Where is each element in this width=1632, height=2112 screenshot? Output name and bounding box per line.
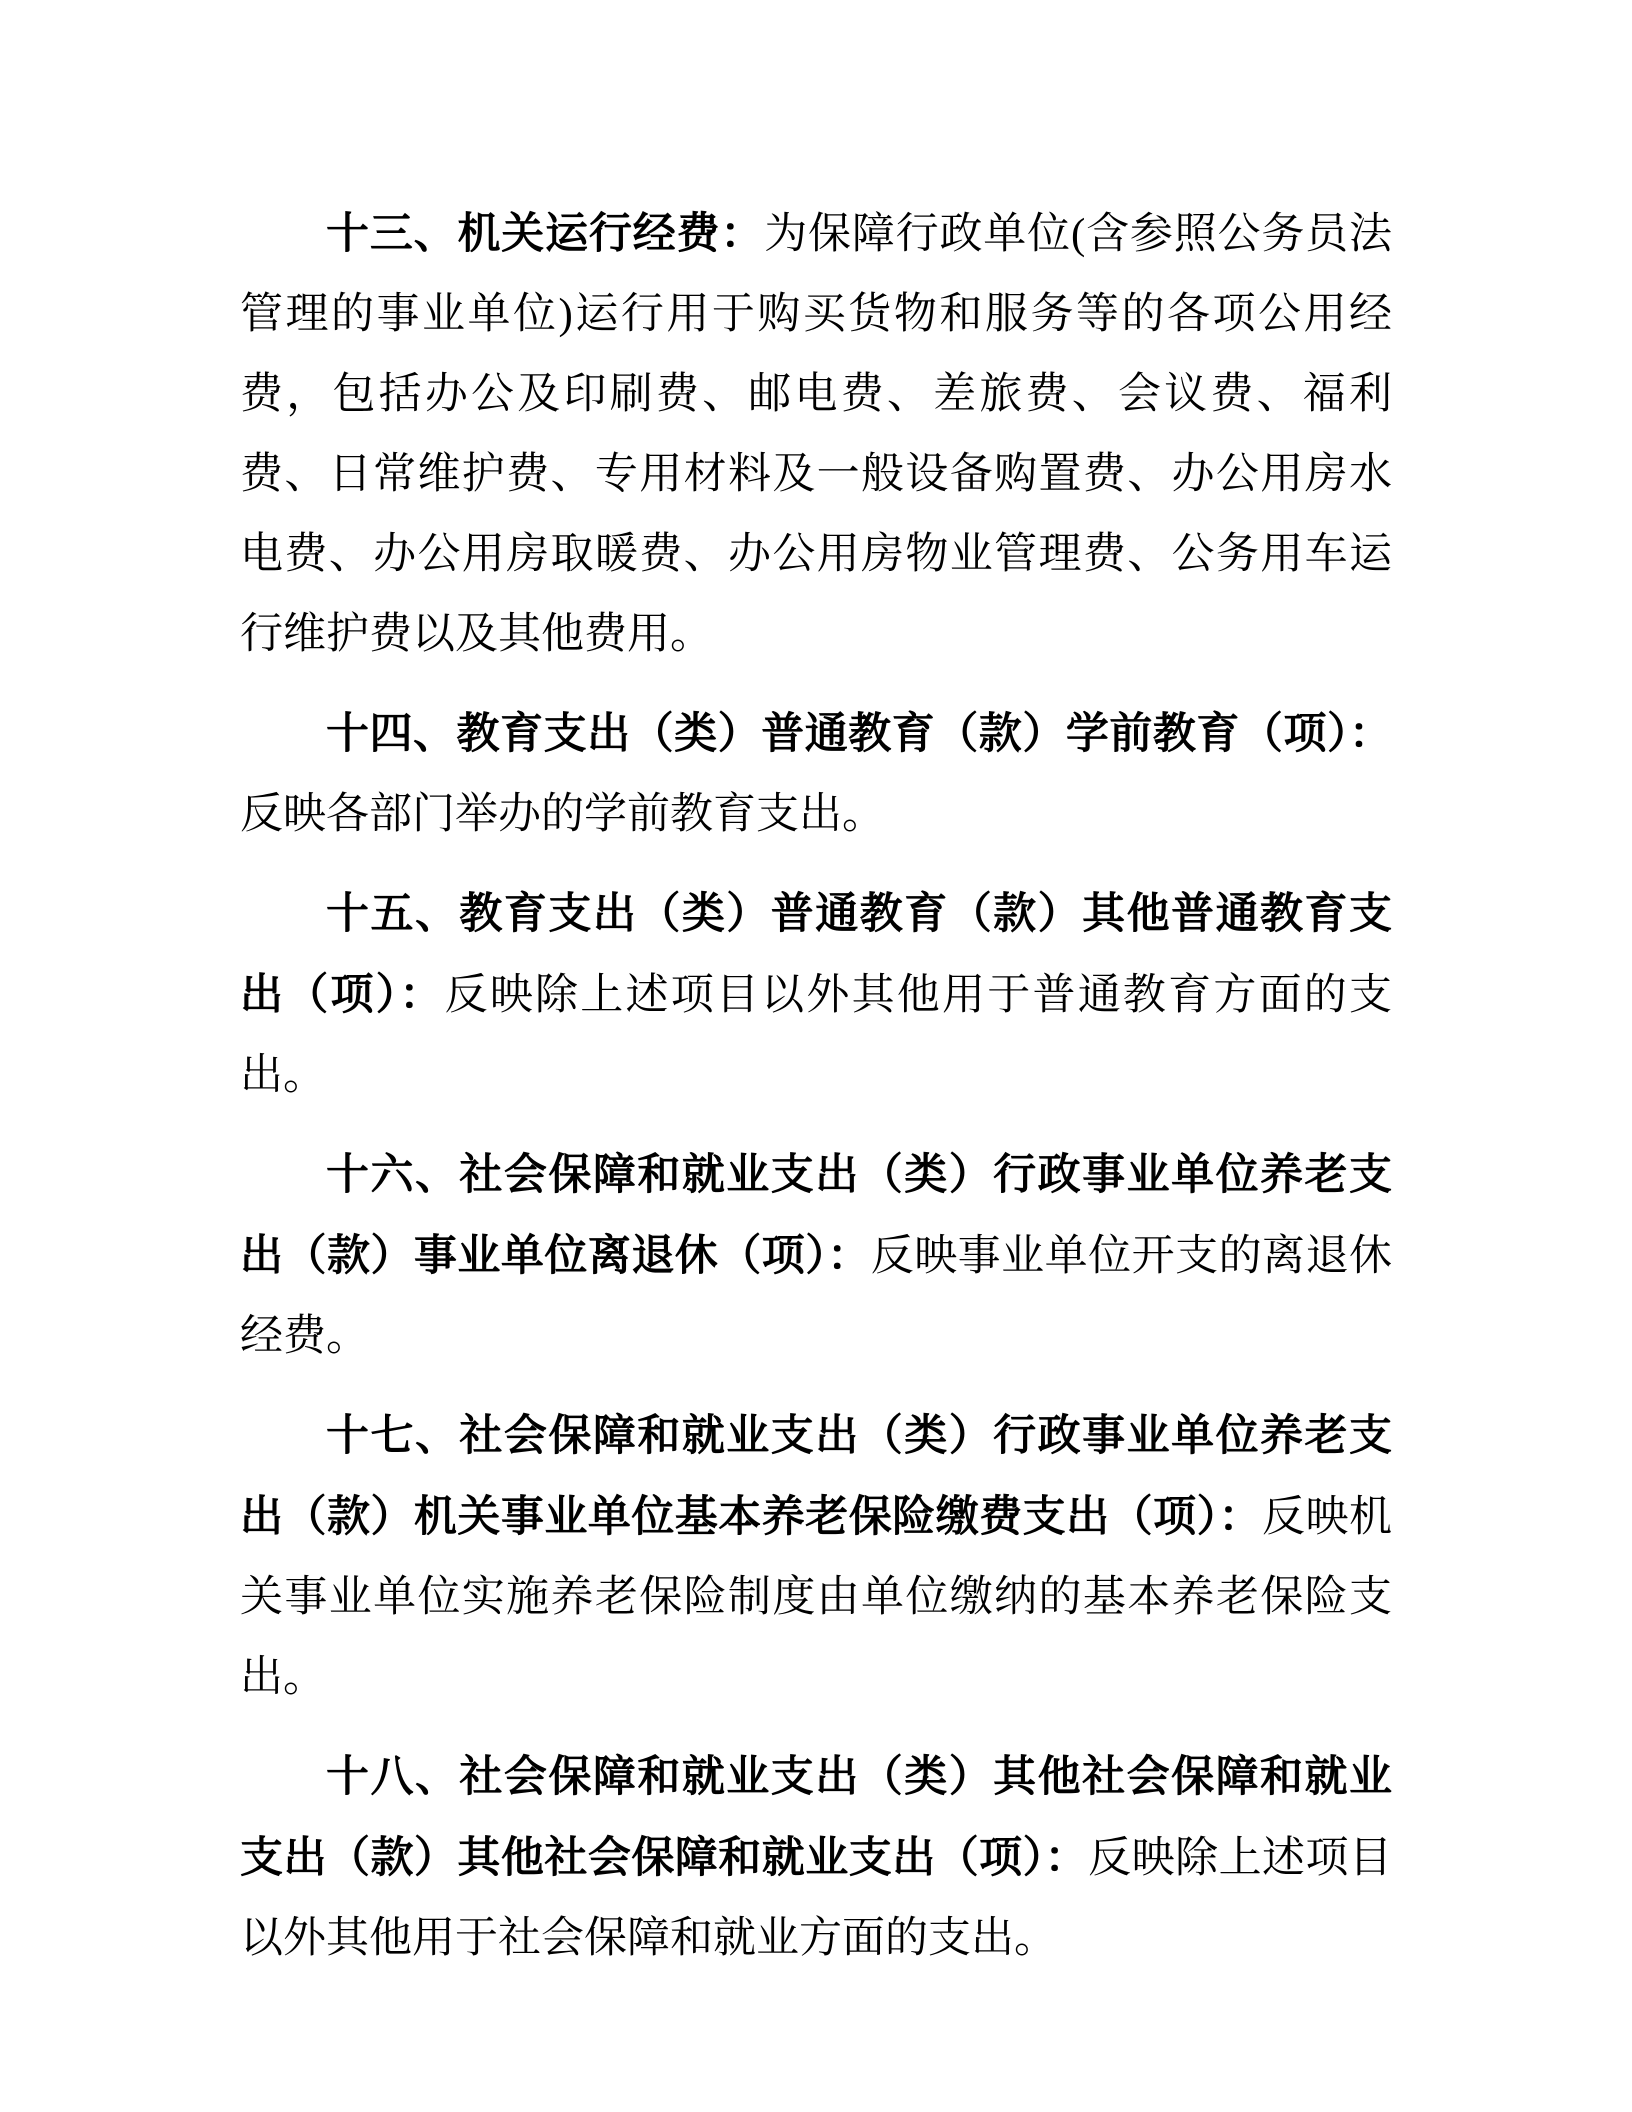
paragraph-14-heading: 十四、教育支出（类）普通教育（款）学前教育（项）： xyxy=(326,710,1392,758)
paragraph-17: 十七、社会保障和就业支出（类）行政事业单位养老支出（款）机关事业单位基本养老保险… xyxy=(240,1396,1392,1718)
paragraph-13: 十三、机关运行经费：为保障行政单位(含参照公务员法管理的事业单位)运行用于购买货… xyxy=(240,194,1392,675)
paragraph-17-heading: 十七、社会保障和就业支出（类）行政事业单位养老支出（款）机关事业单位基本养老保险… xyxy=(240,1412,1392,1541)
paragraph-14: 十四、教育支出（类）普通教育（款）学前教育（项）：反映各部门举办的学前教育支出。 xyxy=(240,694,1392,855)
paragraph-14-body: 反映各部门举办的学前教育支出。 xyxy=(240,791,885,838)
paragraph-15: 十五、教育支出（类）普通教育（款）其他普通教育支出（项）：反映除上述项目以外其他… xyxy=(240,874,1392,1116)
document-page: 十三、机关运行经费：为保障行政单位(含参照公务员法管理的事业单位)运行用于购买货… xyxy=(0,0,1632,2112)
document-content: 十三、机关运行经费：为保障行政单位(含参照公务员法管理的事业单位)运行用于购买货… xyxy=(240,194,1392,1979)
paragraph-13-body: 为保障行政单位(含参照公务员法管理的事业单位)运行用于购买货物和服务等的各项公用… xyxy=(240,211,1392,658)
paragraph-16: 十六、社会保障和就业支出（类）行政事业单位养老支出（款）事业单位离退休（项）：反… xyxy=(240,1135,1392,1377)
paragraph-13-heading: 十三、机关运行经费： xyxy=(326,210,764,258)
paragraph-18: 十八、社会保障和就业支出（类）其他社会保障和就业支出（款）其他社会保障和就业支出… xyxy=(240,1737,1392,1979)
